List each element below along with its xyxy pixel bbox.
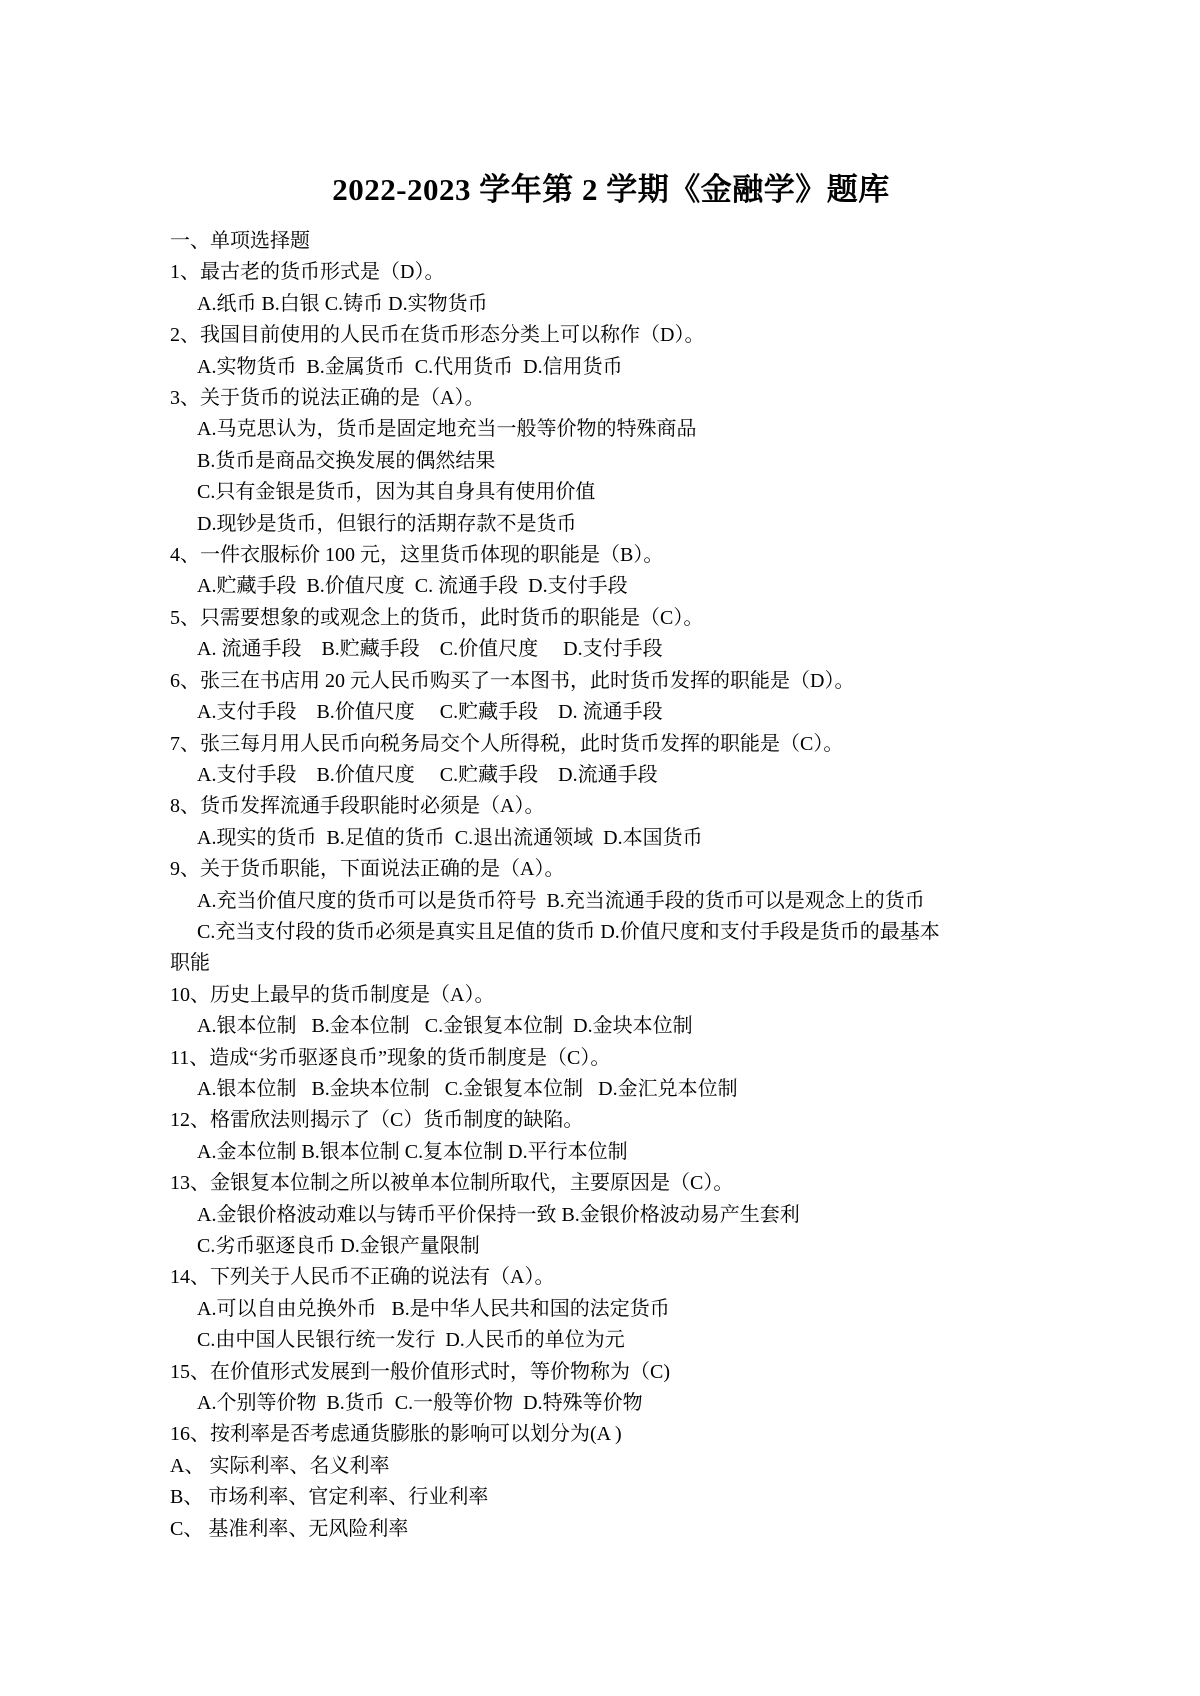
continuation-line: 职能 (170, 948, 1052, 979)
question-stem: 2、我国目前使用的人民币在货币形态分类上可以称作（D）。 (170, 320, 1052, 351)
question-stem: 16、按利率是否考虑通货膨胀的影响可以划分为(A ) (170, 1419, 1052, 1450)
question-stem: 3、关于货币的说法正确的是（A）。 (170, 383, 1052, 414)
option-line: A.纸币 B.白银 C.铸币 D.实物货币 (170, 289, 1052, 320)
option-line: A.实物货币 B.金属货币 C.代用货币 D.信用货币 (170, 352, 1052, 383)
question-stem: 1、最古老的货币形式是（D）。 (170, 257, 1052, 288)
question-stem: 7、张三每月用人民币向税务局交个人所得税，此时货币发挥的职能是（C）。 (170, 729, 1052, 760)
section-heading: 一、单项选择题 (170, 226, 1052, 257)
question-stem: 12、格雷欣法则揭示了（C）货币制度的缺陷。 (170, 1105, 1052, 1136)
option-line: A.支付手段 B.价值尺度 C.贮藏手段 D. 流通手段 (170, 697, 1052, 728)
option-line: C.充当支付段的货币必须是真实且足值的货币 D.价值尺度和支付手段是货币的最基本 (170, 917, 1052, 948)
document-content: 2022-2023 学年第 2 学期《金融学》题库 一、单项选择题1、最古老的货… (170, 164, 1052, 1545)
option-line: C.由中国人民银行统一发行 D.人民币的单位为元 (170, 1325, 1052, 1356)
question-stem: 14、下列关于人民币不正确的说法有（A）。 (170, 1262, 1052, 1293)
document-body: 一、单项选择题1、最古老的货币形式是（D）。A.纸币 B.白银 C.铸币 D.实… (170, 226, 1052, 1545)
question-stem: 8、货币发挥流通手段职能时必须是（A）。 (170, 791, 1052, 822)
option-line: A.金银价格波动难以与铸币平价保持一致 B.金银价格波动易产生套利 (170, 1200, 1052, 1231)
option-line: A.个别等价物 B.货币 C.一般等价物 D.特殊等价物 (170, 1388, 1052, 1419)
question-stem: 13、金银复本位制之所以被单本位制所取代，主要原因是（C）。 (170, 1168, 1052, 1199)
option-line: A、 实际利率、名义利率 (170, 1451, 1052, 1482)
option-line: A.现实的货币 B.足值的货币 C.退出流通领域 D.本国货币 (170, 823, 1052, 854)
option-line: A.支付手段 B.价值尺度 C.贮藏手段 D.流通手段 (170, 760, 1052, 791)
option-line: D.现钞是货币，但银行的活期存款不是货币 (170, 509, 1052, 540)
question-stem: 15、在价值形式发展到一般价值形式时，等价物称为（C) (170, 1357, 1052, 1388)
option-line: A.贮藏手段 B.价值尺度 C. 流通手段 D.支付手段 (170, 571, 1052, 602)
document-page: 2022-2023 学年第 2 学期《金融学》题库 一、单项选择题1、最古老的货… (0, 0, 1200, 1696)
question-stem: 4、一件衣服标价 100 元，这里货币体现的职能是（B）。 (170, 540, 1052, 571)
question-stem: 5、只需要想象的或观念上的货币，此时货币的职能是（C）。 (170, 603, 1052, 634)
option-line: A.马克思认为，货币是固定地充当一般等价物的特殊商品 (170, 414, 1052, 445)
question-stem: 9、关于货币职能，下面说法正确的是（A）。 (170, 854, 1052, 885)
option-line: B、 市场利率、官定利率、行业利率 (170, 1482, 1052, 1513)
option-line: C、 基准利率、无风险利率 (170, 1514, 1052, 1545)
question-stem: 11、造成“劣币驱逐良币”现象的货币制度是（C）。 (170, 1043, 1052, 1074)
document-title: 2022-2023 学年第 2 学期《金融学》题库 (170, 164, 1052, 209)
option-line: A.可以自由兑换外币 B.是中华人民共和国的法定货币 (170, 1294, 1052, 1325)
option-line: B.货币是商品交换发展的偶然结果 (170, 446, 1052, 477)
question-stem: 6、张三在书店用 20 元人民币购买了一本图书，此时货币发挥的职能是（D）。 (170, 666, 1052, 697)
question-stem: 10、历史上最早的货币制度是（A）。 (170, 980, 1052, 1011)
option-line: A.金本位制 B.银本位制 C.复本位制 D.平行本位制 (170, 1137, 1052, 1168)
option-line: A. 流通手段 B.贮藏手段 C.价值尺度 D.支付手段 (170, 634, 1052, 665)
option-line: C.劣币驱逐良币 D.金银产量限制 (170, 1231, 1052, 1262)
option-line: A.银本位制 B.金本位制 C.金银复本位制 D.金块本位制 (170, 1011, 1052, 1042)
option-line: A.充当价值尺度的货币可以是货币符号 B.充当流通手段的货币可以是观念上的货币 (170, 886, 1052, 917)
option-line: C.只有金银是货币，因为其自身具有使用价值 (170, 477, 1052, 508)
option-line: A.银本位制 B.金块本位制 C.金银复本位制 D.金汇兑本位制 (170, 1074, 1052, 1105)
